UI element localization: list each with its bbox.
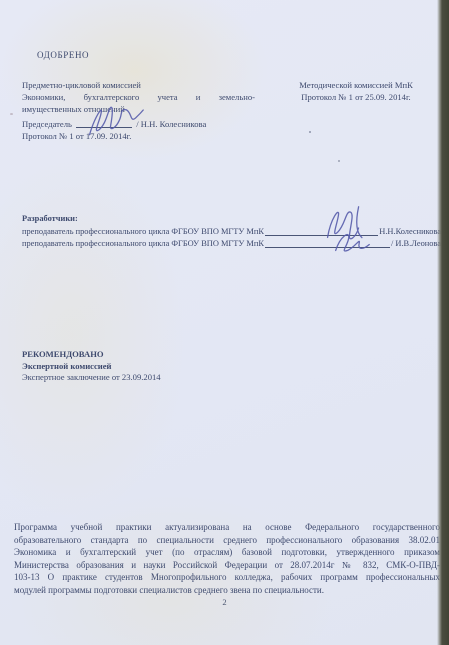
developer-row: преподаватель профессионального цикла ФГ… [22,226,441,238]
developer-position: преподаватель профессионального цикла ФГ… [22,238,264,250]
committee-line-2: Экономики, бухгалтерского учета и земель… [22,91,255,103]
actualization-paragraph: Программа учебной практики актуализирова… [14,521,440,596]
developer-name: / И.В.Леонова [391,238,441,250]
expert-committee-line: Экспертной комиссией [22,361,161,373]
methodical-committee-line: Методической комиссией МпК [279,80,433,92]
committee-line-1: Предметно-цикловой комиссией [22,79,255,91]
developer-name: Н.Н.Колесникова [379,226,441,238]
scan-speck [10,113,13,115]
paragraph-line: Программа учебной практики актуализирова… [14,521,440,534]
chairman-name: / Н.Н. Колесникова [136,119,206,129]
approval-right-block: Методической комиссией МпК Протокол № 1 … [279,80,433,104]
approved-heading: ОДОБРЕНО [37,50,89,60]
paragraph-line: модулей программы подготовки специалисто… [14,584,440,597]
paragraph-line: Министерства образования и науки Российс… [14,559,440,572]
scan-speck [309,131,311,133]
paragraph-line: 103-13 О практике студентов Многопрофиль… [14,571,440,584]
scan-speck [338,160,340,162]
protocol-line: Протокол № 1 от 17.09. 2014г. [22,131,131,141]
recommended-block: РЕКОМЕНДОВАНО Экспертной комиссией Экспе… [22,349,161,384]
developers-title: Разработчики: [22,213,441,225]
expert-conclusion-line: Экспертное заключение от 23.09.2014 [22,372,161,384]
page-number: 2 [0,597,449,607]
chairman-row: Председатель / Н.Н. Колесникова [22,119,262,129]
recommended-title: РЕКОМЕНДОВАНО [22,349,161,361]
committee-line-3: имущественных отношений [22,103,255,115]
methodical-protocol-line: Протокол № 1 от 25.09. 2014г. [279,92,433,104]
developers-block: Разработчики: преподаватель профессионал… [22,213,441,250]
developer-position: преподаватель профессионального цикла ФГ… [22,226,264,238]
paragraph-line: Экономика и бухгалтерский учет (по отрас… [14,546,440,559]
scan-edge-strip [437,0,449,645]
chairman-label: Председатель [22,119,72,129]
paragraph-line: образовательного стандарта по специально… [14,534,440,547]
signature-line [265,233,378,236]
approval-left-block: Предметно-цикловой комиссией Экономики, … [22,79,255,115]
scanned-document-page: ОДОБРЕНО Предметно-цикловой комиссией Эк… [0,0,449,645]
signature-line [76,125,132,128]
signature-line [265,245,390,248]
developer-row: преподаватель профессионального цикла ФГ… [22,238,441,250]
